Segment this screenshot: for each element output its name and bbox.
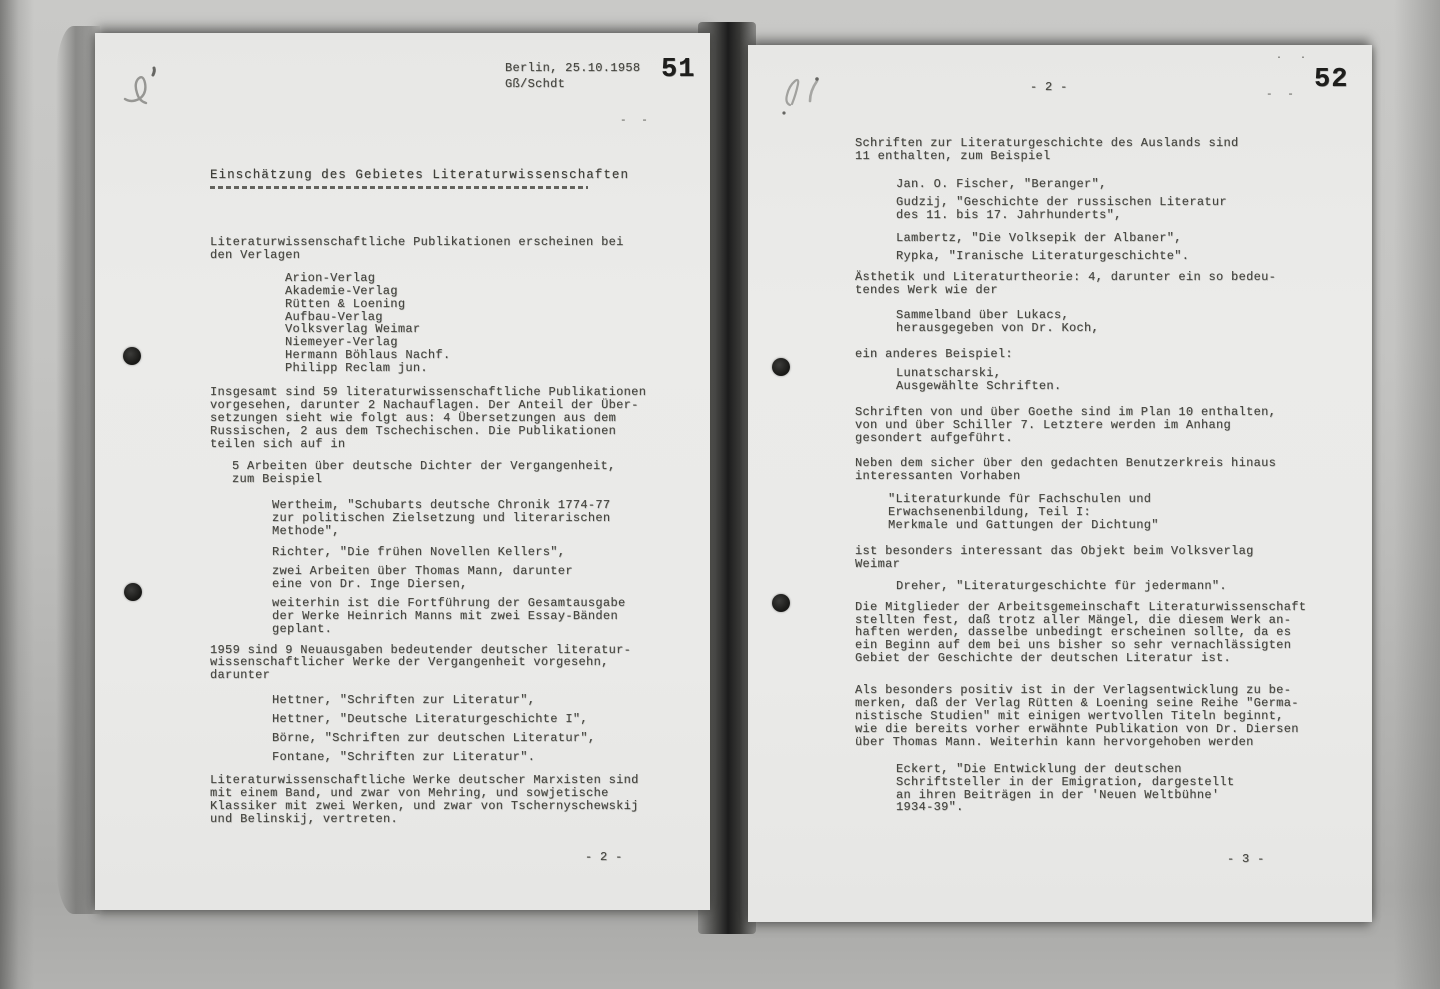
text-block: Insgesamt sind 59 literaturwissenschaftl… bbox=[210, 386, 692, 451]
text-block: Arion-Verlag Akademie-Verlag Rütten & Lo… bbox=[285, 272, 692, 375]
text-block: Hettner, "Schriften zur Literatur", bbox=[272, 694, 692, 707]
document-page-left: Berlin, 25.10.1958Gß/Schdt - - 51 Einsch… bbox=[95, 33, 710, 910]
text-block: Dreher, "Literaturgeschichte für jederma… bbox=[896, 580, 1347, 593]
date-and-ref-line: Berlin, 25.10.1958Gß/Schdt bbox=[505, 60, 640, 92]
text-block: Jan. O. Fischer, "Beranger", bbox=[896, 178, 1347, 191]
text-block: weiterhin ist die Fortführung der Gesamt… bbox=[272, 597, 692, 636]
page-right-body: Schriften zur Literaturgeschichte des Au… bbox=[855, 137, 1347, 814]
text-block: Lambertz, "Die Volksepik der Albaner", bbox=[896, 232, 1347, 245]
text-block: Literaturwissenschaftliche Publikationen… bbox=[210, 236, 692, 262]
punch-hole-icon bbox=[124, 583, 142, 601]
ref-line: Gß/Schdt bbox=[505, 77, 565, 91]
text-block: Eckert, "Die Entwicklung der deutschen S… bbox=[896, 763, 1347, 815]
text-block: "Literaturkunde für Fachschulen und Erwa… bbox=[888, 493, 1347, 532]
text-block: Fontane, "Schriften zur Literatur". bbox=[272, 751, 692, 764]
text-block: Lunatscharski, Ausgewählte Schriften. bbox=[896, 367, 1347, 393]
pencil-dash-marks: - - bbox=[620, 115, 652, 127]
text-block: Richter, "Die frühen Novellen Kellers", bbox=[272, 546, 692, 559]
text-block: zwei Arbeiten über Thomas Mann, darunter… bbox=[272, 565, 692, 591]
text-block: Literaturwissenschaftliche Werke deutsch… bbox=[210, 774, 692, 826]
text-block: Hettner, "Deutsche Literaturgeschichte I… bbox=[272, 713, 692, 726]
text-block: ist besonders interessant das Objekt bei… bbox=[855, 545, 1347, 571]
page-stamp-number: 51 bbox=[661, 55, 695, 85]
text-block: Als besonders positiv ist in der Verlags… bbox=[855, 684, 1347, 749]
text-block: Neben dem sicher über den gedachten Benu… bbox=[855, 457, 1347, 483]
text-block: Schriften zur Literaturgeschichte des Au… bbox=[855, 137, 1347, 163]
page-header-number: - 2 - bbox=[1030, 81, 1068, 94]
page-footer-number: - 2 - bbox=[585, 851, 623, 864]
pencil-dot-marks: · · bbox=[1276, 53, 1312, 64]
text-block: Ästhetik und Literaturtheorie: 4, darunt… bbox=[855, 271, 1347, 297]
pencil-dash-marks: - - bbox=[1266, 89, 1298, 101]
text-block: 5 Arbeiten über deutsche Dichter der Ver… bbox=[232, 460, 692, 486]
text-block: Gudzij, "Geschichte der russischen Liter… bbox=[896, 196, 1347, 222]
punch-hole-icon bbox=[772, 358, 790, 376]
document-title: Einschätzung des Gebietes Literaturwisse… bbox=[210, 169, 629, 189]
document-title-text: Einschätzung des Gebietes Literaturwisse… bbox=[210, 169, 629, 182]
punch-hole-icon bbox=[123, 347, 141, 365]
text-block: Börne, "Schriften zur deutschen Literatu… bbox=[272, 732, 692, 745]
text-block: Die Mitglieder der Arbeitsgemeinschaft L… bbox=[855, 601, 1347, 666]
date-line: Berlin, 25.10.1958 bbox=[505, 61, 640, 75]
scan-right-edge-shadow bbox=[1394, 0, 1440, 989]
text-block: 1959 sind 9 Neuausgaben bedeutender deut… bbox=[210, 644, 692, 683]
pencil-scribble-icon bbox=[762, 57, 842, 127]
document-page-right: - 2 - - - · · 52 Schriften zur Literatur… bbox=[748, 45, 1372, 922]
page-footer-number: - 3 - bbox=[1227, 853, 1265, 866]
text-block: ein anderes Beispiel: bbox=[855, 348, 1347, 361]
page-left-body: Literaturwissenschaftliche Publikationen… bbox=[210, 236, 692, 826]
scan-left-edge-shadow bbox=[0, 0, 34, 989]
title-underline bbox=[210, 186, 588, 189]
text-block: Sammelband über Lukacs, herausgegeben vo… bbox=[896, 309, 1347, 335]
page-stamp-number: 52 bbox=[1314, 65, 1348, 95]
text-block: Schriften von und über Goethe sind im Pl… bbox=[855, 406, 1347, 445]
pencil-scribble-icon bbox=[113, 57, 183, 127]
torn-paper-edge bbox=[56, 26, 100, 914]
text-block: Wertheim, "Schubarts deutsche Chronik 17… bbox=[272, 499, 692, 538]
text-block: Rypka, "Iranische Literaturgeschichte". bbox=[896, 250, 1347, 263]
punch-hole-icon bbox=[772, 594, 790, 612]
